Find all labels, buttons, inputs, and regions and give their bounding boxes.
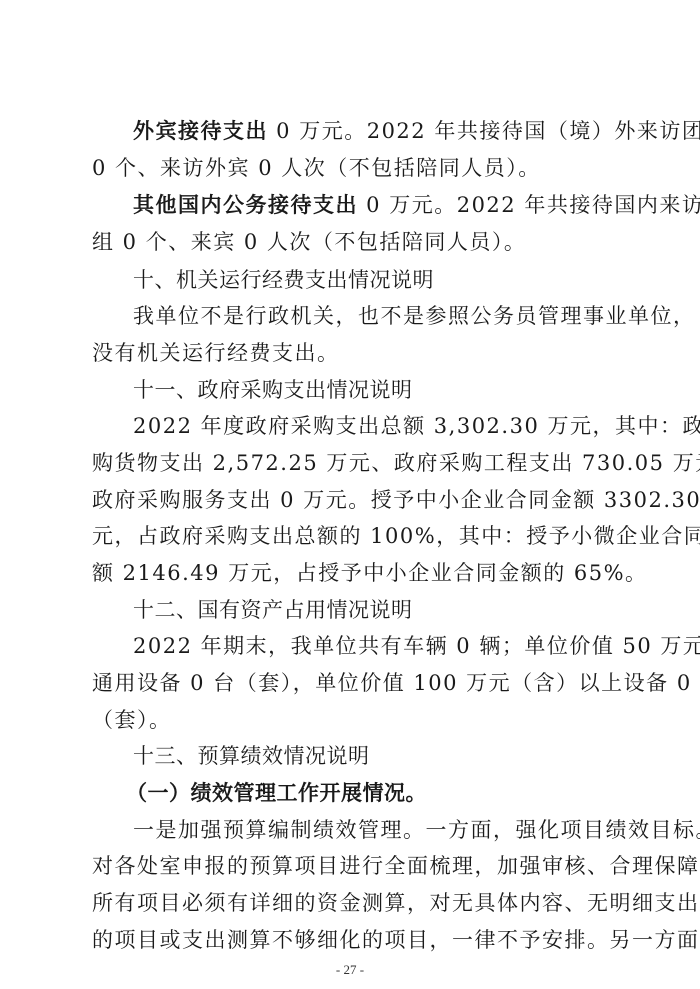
subsection-heading: （一）绩效管理工作开展情况。 bbox=[126, 779, 646, 807]
paragraph-line: 购货物支出 2,572.25 万元、政府采购工程支出 730.05 万元、 bbox=[92, 449, 612, 477]
section-heading-13: 十三、预算绩效情况说明 bbox=[133, 742, 653, 770]
section-heading-10: 十、机关运行经费支出情况说明 bbox=[133, 266, 653, 294]
paragraph-line: 一是加强预算编制绩效管理。一方面，强化项目绩效目标。 bbox=[133, 816, 653, 844]
paragraph-line: 其他国内公务接待支出 0 万元。2022 年共接待国内来访团 bbox=[133, 191, 653, 219]
bold-lead: 其他国内公务接待支出 bbox=[133, 193, 358, 217]
bold-lead: 外宾接待支出 bbox=[133, 119, 268, 143]
paragraph-line: 通用设备 0 台（套），单位价值 100 万元（含）以上设备 0 台 bbox=[92, 669, 612, 697]
paragraph-line: （套）。 bbox=[92, 706, 612, 734]
paragraph-line: 2022 年期末，我单位共有车辆 0 辆；单位价值 50 万元以上 bbox=[133, 632, 653, 660]
section-heading-11: 十一、政府采购支出情况说明 bbox=[133, 376, 653, 404]
paragraph-line: 政府采购服务支出 0 万元。授予中小企业合同金额 3302.30 万 bbox=[92, 486, 612, 514]
paragraph-line: 0 个、来访外宾 0 人次（不包括陪同人员）。 bbox=[92, 154, 612, 182]
paragraph-line: 的项目或支出测算不够细化的项目，一律不予安排。另一方面， bbox=[92, 926, 612, 954]
paragraph-line: 没有机关运行经费支出。 bbox=[92, 339, 612, 367]
paragraph-line: 所有项目必须有详细的资金测算，对无具体内容、无明细支出 bbox=[92, 889, 612, 917]
paragraph-line: 组 0 个、来宾 0 人次（不包括陪同人员）。 bbox=[92, 228, 612, 256]
paragraph-line: 对各处室申报的预算项目进行全面梳理，加强审核、合理保障。 bbox=[92, 852, 612, 880]
paragraph-line: 元，占政府采购支出总额的 100%，其中：授予小微企业合同金 bbox=[92, 522, 612, 550]
section-heading-12: 十二、国有资产占用情况说明 bbox=[133, 596, 653, 624]
page-number: - 27 - bbox=[0, 962, 700, 978]
paragraph-line: 我单位不是行政机关，也不是参照公务员管理事业单位， bbox=[133, 302, 653, 330]
paragraph-line: 外宾接待支出 0 万元。2022 年共接待国（境）外来访团组 bbox=[133, 117, 653, 145]
paragraph-line: 额 2146.49 万元，占授予中小企业合同金额的 65%。 bbox=[92, 559, 612, 587]
paragraph-line: 2022 年度政府采购支出总额 3,302.30 万元，其中：政府采 bbox=[133, 412, 653, 440]
